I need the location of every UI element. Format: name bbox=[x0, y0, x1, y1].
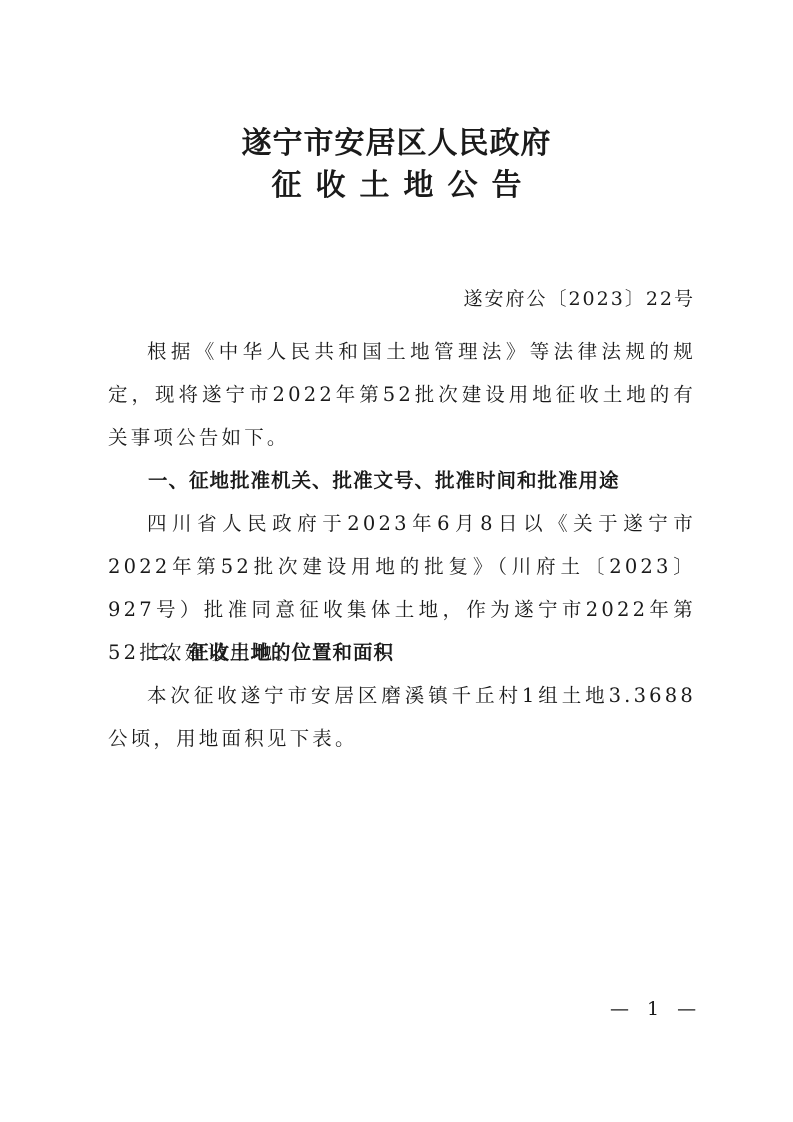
title-notice: 征收土地公告 bbox=[0, 164, 793, 208]
section-heading-2: 二、征收土地的位置和面积 bbox=[148, 631, 394, 674]
section-heading-1: 一、征地批准机关、批准文号、批准时间和批准用途 bbox=[148, 459, 620, 502]
page-number: — 1 — bbox=[610, 998, 702, 1020]
section-body-2: 本次征收遂宁市安居区磨溪镇千丘村1组土地3.3688公顷，用地面积见下表。 bbox=[108, 674, 696, 760]
intro-paragraph: 根据《中华人民共和国土地管理法》等法律法规的规定，现将遂宁市2022年第52批次… bbox=[108, 330, 696, 459]
document-number: 遂安府公〔2023〕22号 bbox=[463, 284, 695, 314]
title-issuer: 遂宁市安居区人民政府 bbox=[0, 122, 793, 166]
